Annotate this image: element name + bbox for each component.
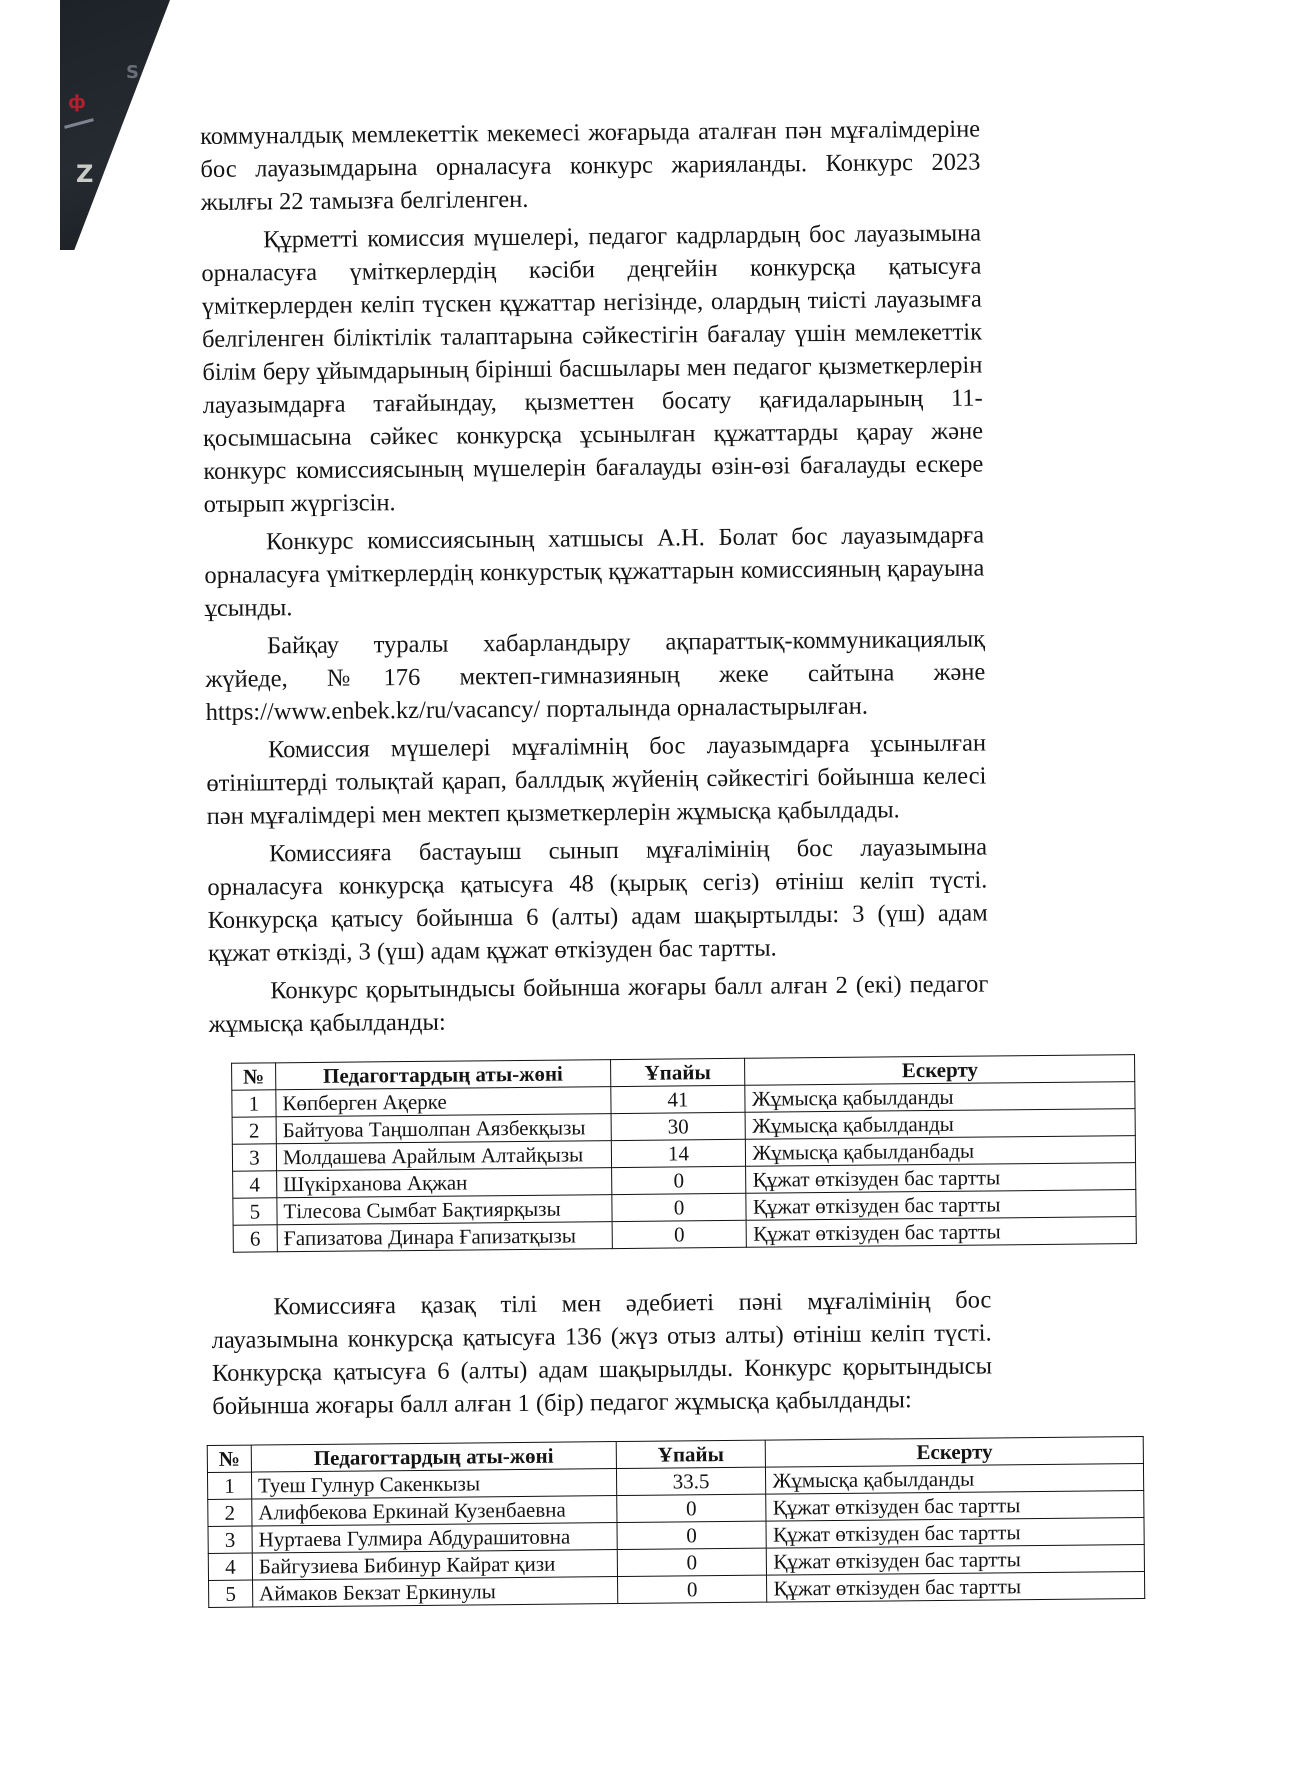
page-margin	[0, 0, 60, 1772]
paragraph-commission-address: Құрметті комиссия мүшелері, педагог кадр…	[201, 217, 984, 521]
cell-score: 30	[611, 1112, 746, 1140]
cell-number: 4	[208, 1553, 252, 1580]
paragraph-intro: коммуналдық мемлекеттік мекемесі жоғарыд…	[200, 113, 981, 219]
paragraph-announcement: Байқау туралы хабарландыру ақпараттық-ко…	[205, 622, 986, 728]
cell-note: Жұмысқа қабылданбады	[746, 1136, 1136, 1167]
cell-name: Молдашева Арайлым Алтайқызы	[276, 1141, 611, 1171]
cell-note: Құжат өткізуден бас тартты	[767, 1545, 1145, 1576]
cell-score: 0	[611, 1166, 746, 1194]
cell-score: 0	[612, 1220, 747, 1248]
cell-name: Ғапизатова Динара Ғапизатқызы	[277, 1222, 612, 1252]
cell-name: Шүкірханова Ақжан	[277, 1168, 612, 1198]
header-name: Педагогтардың аты-жөні	[251, 1442, 616, 1472]
paragraph-kazakh-teacher: Комиссияға қазақ тілі мен әдебиеті пәні …	[211, 1283, 992, 1422]
paragraph-review: Комиссия мүшелері мұғалімнің бос лауазым…	[206, 726, 987, 832]
cell-number: 5	[209, 1580, 253, 1607]
cell-number: 1	[232, 1090, 276, 1117]
header-score: Ұпайы	[616, 1440, 766, 1468]
cell-number: 1	[207, 1472, 251, 1499]
header-score: Ұпайы	[610, 1058, 745, 1086]
cell-note: Құжат өткізуден бас тартты	[747, 1217, 1137, 1248]
cell-score: 33.5	[616, 1467, 766, 1495]
cell-note: Жұмысқа қабылданды	[746, 1109, 1136, 1140]
cell-name: Алифбекова Еркинай Кузенбаевна	[252, 1496, 617, 1526]
cell-note: Жұмысқа қабылданды	[745, 1082, 1135, 1113]
document-page: коммуналдық мемлекеттік мекемесі жоғарыд…	[200, 109, 1314, 1608]
cell-note: Құжат өткізуден бас тартты	[767, 1572, 1145, 1603]
cell-note: Құжат өткізуден бас тартты	[766, 1491, 1144, 1522]
header-note: Ескерту	[745, 1055, 1135, 1086]
keyboard-key-phi-glyph: ф	[68, 92, 86, 113]
header-note: Ескерту	[766, 1437, 1144, 1468]
cell-score: 0	[617, 1548, 767, 1576]
cell-score: 0	[617, 1521, 767, 1549]
cell-name: Байгузиева Бибинур Кайрат қизи	[252, 1550, 617, 1580]
cell-score: 14	[611, 1139, 746, 1167]
cell-number: 3	[208, 1526, 252, 1553]
cell-number: 2	[232, 1117, 276, 1144]
cell-note: Құжат өткізуден бас тартты	[746, 1190, 1136, 1221]
paragraph-primary-teacher: Комиссияға бастауыш сынып мұғалімінің бо…	[207, 830, 988, 969]
cell-note: Құжат өткізуден бас тартты	[766, 1518, 1144, 1549]
header-number: №	[232, 1063, 276, 1090]
cell-score: 0	[611, 1193, 746, 1221]
cell-name: Көпберген Ақерке	[276, 1087, 611, 1117]
cell-score: 0	[617, 1575, 767, 1603]
keyboard-key-z-glyph: Z	[76, 160, 93, 188]
cell-name: Аймаков Бекзат Еркинулы	[252, 1577, 617, 1607]
cell-score: 0	[616, 1494, 766, 1522]
cell-name: Тілесова Сымбат Бақтиярқызы	[277, 1195, 612, 1225]
cell-number: 4	[233, 1171, 277, 1198]
keyboard-key-s-glyph: S	[126, 62, 139, 83]
paragraph-primary-result: Конкурс қорытындысы бойынша жоғары балл …	[208, 967, 989, 1040]
cell-note: Құжат өткізуден бас тартты	[746, 1163, 1136, 1194]
primary-teacher-results-table: № Педагогтардың аты-жөні Ұпайы Ескерту 1…	[231, 1054, 1137, 1253]
paragraph-secretary: Конкурс комиссиясының хатшысы А.Н. Болат…	[204, 518, 985, 624]
cell-number: 6	[233, 1225, 277, 1252]
cell-name: Нуртаева Гулмира Абдурашитовна	[252, 1523, 617, 1553]
header-number: №	[207, 1445, 251, 1472]
header-name: Педагогтардың аты-жөні	[276, 1060, 611, 1090]
cell-note: Жұмысқа қабылданды	[766, 1464, 1144, 1495]
cell-number: 3	[232, 1144, 276, 1171]
cell-name: Туеш Гулнур Сакенкызы	[251, 1469, 616, 1499]
kazakh-teacher-results-table: № Педагогтардың аты-жөні Ұпайы Ескерту 1…	[207, 1436, 1146, 1608]
cell-score: 41	[610, 1085, 745, 1113]
cell-name: Байтуова Таңшолпан Аязбекқызы	[276, 1114, 611, 1144]
cell-number: 5	[233, 1198, 277, 1225]
cell-number: 2	[208, 1499, 252, 1526]
